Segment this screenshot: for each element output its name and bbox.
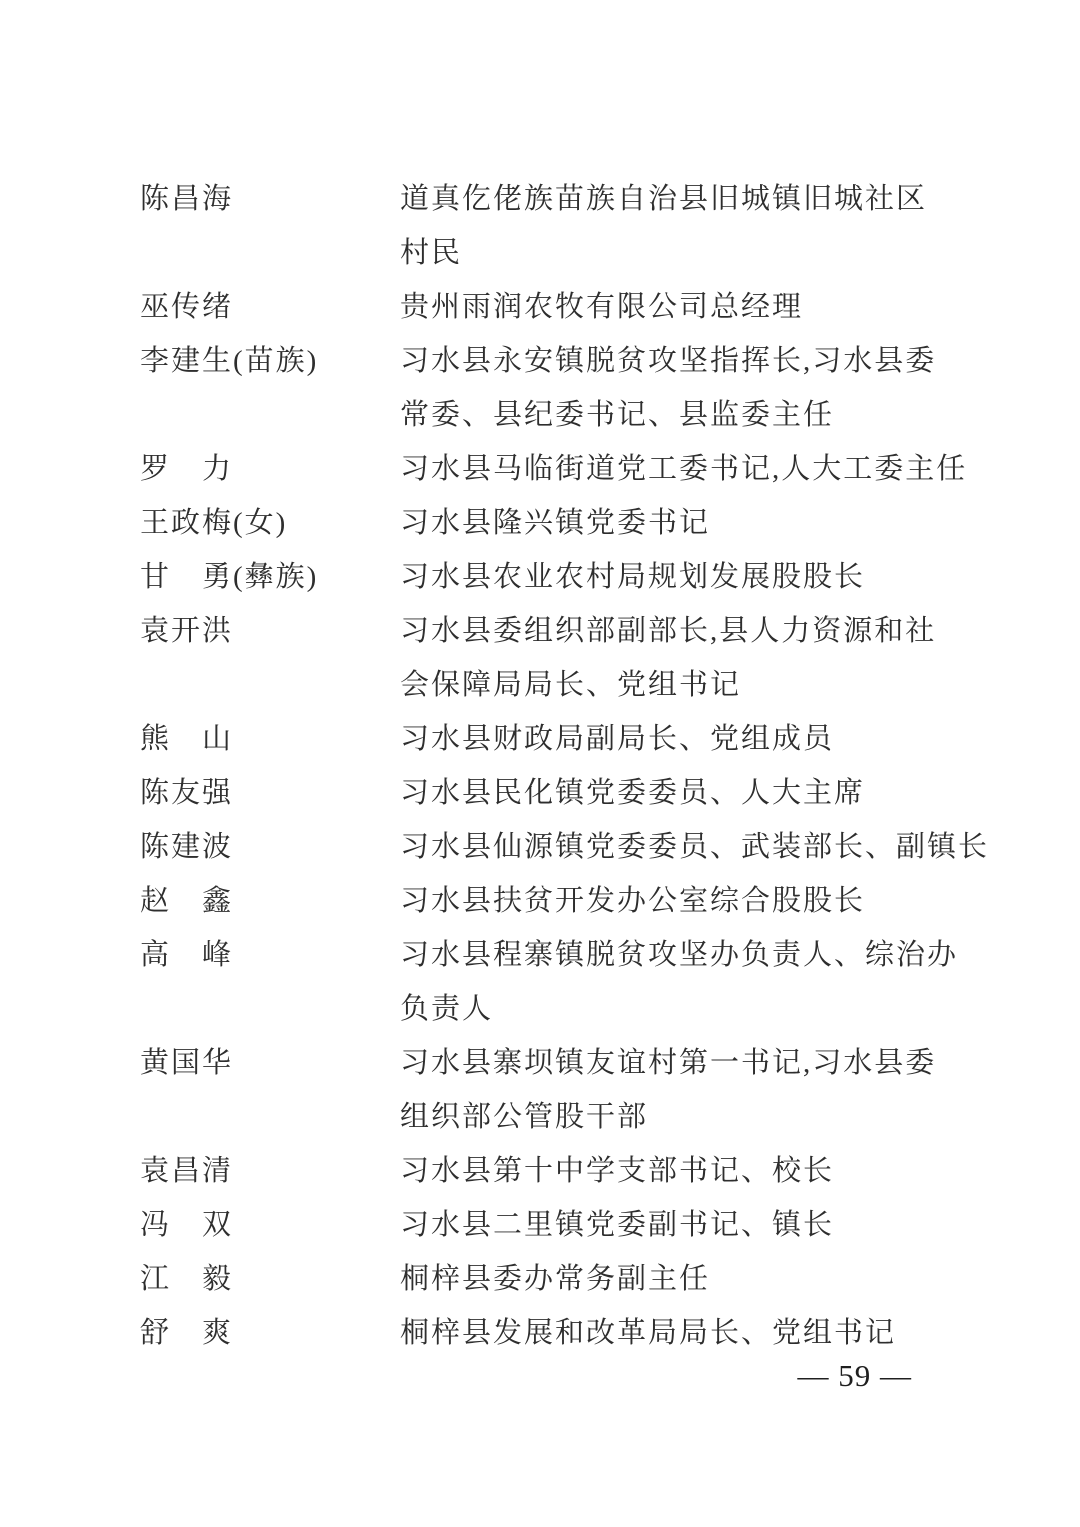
position-line: 村民: [400, 226, 950, 280]
person-position: 桐梓县委办常务副主任: [400, 1252, 950, 1306]
person-position: 习水县隆兴镇党委书记: [400, 496, 950, 550]
person-name: 赵 鑫: [140, 874, 400, 928]
person-name: 舒 爽: [140, 1306, 400, 1360]
position-line: 贵州雨润农牧有限公司总经理: [400, 280, 950, 334]
list-entry: 陈昌海 道真仡佬族苗族自治县旧城镇旧城社区村民: [140, 172, 950, 280]
list-entry: 高 峰 习水县程寨镇脱贫攻坚办负责人、综治办负责人: [140, 928, 950, 1036]
list-entry: 甘 勇(彝族) 习水县农业农村局规划发展股股长: [140, 550, 950, 604]
position-line: 习水县寨坝镇友谊村第一书记,习水县委: [400, 1036, 950, 1090]
person-position: 习水县程寨镇脱贫攻坚办负责人、综治办负责人: [400, 928, 950, 1036]
person-name: 陈友强: [140, 766, 400, 820]
person-position: 道真仡佬族苗族自治县旧城镇旧城社区村民: [400, 172, 950, 280]
position-line: 道真仡佬族苗族自治县旧城镇旧城社区: [400, 172, 950, 226]
list-entry: 熊 山 习水县财政局副局长、党组成员: [140, 712, 950, 766]
person-position: 习水县财政局副局长、党组成员: [400, 712, 950, 766]
position-line: 习水县隆兴镇党委书记: [400, 496, 950, 550]
position-line: 习水县委组织部副部长,县人力资源和社: [400, 604, 950, 658]
list-entry: 李建生(苗族) 习水县永安镇脱贫攻坚指挥长,习水县委常委、县纪委书记、县监委主任: [140, 334, 950, 442]
person-name: 巫传绪: [140, 280, 400, 334]
position-line: 习水县民化镇党委委员、人大主席: [400, 766, 950, 820]
page-number-text: — 59 —: [798, 1358, 913, 1393]
person-name: 黄国华: [140, 1036, 400, 1090]
list-entry: 王政梅(女) 习水县隆兴镇党委书记: [140, 496, 950, 550]
position-line: 习水县扶贫开发办公室综合股股长: [400, 874, 950, 928]
list-entry: 赵 鑫 习水县扶贫开发办公室综合股股长: [140, 874, 950, 928]
person-position: 习水县永安镇脱贫攻坚指挥长,习水县委常委、县纪委书记、县监委主任: [400, 334, 950, 442]
position-line: 习水县财政局副局长、党组成员: [400, 712, 950, 766]
person-name: 高 峰: [140, 928, 400, 982]
person-name: 袁开洪: [140, 604, 400, 658]
person-name: 陈建波: [140, 820, 400, 874]
position-line: 习水县农业农村局规划发展股股长: [400, 550, 950, 604]
position-line: 习水县永安镇脱贫攻坚指挥长,习水县委: [400, 334, 950, 388]
person-position: 习水县寨坝镇友谊村第一书记,习水县委组织部公管股干部: [400, 1036, 950, 1144]
person-name: 李建生(苗族): [140, 334, 400, 388]
list-entry: 陈建波 习水县仙源镇党委委员、武装部长、副镇长: [140, 820, 950, 874]
recipient-list: 陈昌海 道真仡佬族苗族自治县旧城镇旧城社区村民 巫传绪 贵州雨润农牧有限公司总经…: [140, 172, 950, 1360]
list-entry: 袁昌清 习水县第十中学支部书记、校长: [140, 1144, 950, 1198]
list-entry: 舒 爽 桐梓县发展和改革局局长、党组书记: [140, 1306, 950, 1360]
list-entry: 冯 双 习水县二里镇党委副书记、镇长: [140, 1198, 950, 1252]
list-entry: 黄国华 习水县寨坝镇友谊村第一书记,习水县委组织部公管股干部: [140, 1036, 950, 1144]
position-line: 习水县仙源镇党委委员、武装部长、副镇长: [400, 820, 950, 874]
list-entry: 巫传绪 贵州雨润农牧有限公司总经理: [140, 280, 950, 334]
position-line: 桐梓县委办常务副主任: [400, 1252, 950, 1306]
list-entry: 陈友强 习水县民化镇党委委员、人大主席: [140, 766, 950, 820]
person-name: 熊 山: [140, 712, 400, 766]
person-name: 袁昌清: [140, 1144, 400, 1198]
person-position: 习水县委组织部副部长,县人力资源和社会保障局局长、党组书记: [400, 604, 950, 712]
person-name: 冯 双: [140, 1198, 400, 1252]
position-line: 习水县程寨镇脱贫攻坚办负责人、综治办: [400, 928, 950, 982]
person-name: 江 毅: [140, 1252, 400, 1306]
person-position: 习水县马临街道党工委书记,人大工委主任: [400, 442, 950, 496]
person-position: 习水县农业农村局规划发展股股长: [400, 550, 950, 604]
position-line: 习水县第十中学支部书记、校长: [400, 1144, 950, 1198]
person-position: 习水县第十中学支部书记、校长: [400, 1144, 950, 1198]
position-line: 桐梓县发展和改革局局长、党组书记: [400, 1306, 950, 1360]
person-position: 习水县民化镇党委委员、人大主席: [400, 766, 950, 820]
person-name: 罗 力: [140, 442, 400, 496]
person-position: 习水县扶贫开发办公室综合股股长: [400, 874, 950, 928]
person-position: 习水县二里镇党委副书记、镇长: [400, 1198, 950, 1252]
page-number: — 59 —: [798, 1356, 913, 1396]
position-line: 会保障局局长、党组书记: [400, 658, 950, 712]
person-position: 贵州雨润农牧有限公司总经理: [400, 280, 950, 334]
person-name: 陈昌海: [140, 172, 400, 226]
list-entry: 罗 力 习水县马临街道党工委书记,人大工委主任: [140, 442, 950, 496]
position-line: 负责人: [400, 982, 950, 1036]
person-position: 桐梓县发展和改革局局长、党组书记: [400, 1306, 950, 1360]
position-line: 习水县二里镇党委副书记、镇长: [400, 1198, 950, 1252]
position-line: 组织部公管股干部: [400, 1090, 950, 1144]
position-line: 习水县马临街道党工委书记,人大工委主任: [400, 442, 950, 496]
person-name: 甘 勇(彝族): [140, 550, 400, 604]
person-position: 习水县仙源镇党委委员、武装部长、副镇长: [400, 820, 950, 874]
person-name: 王政梅(女): [140, 496, 400, 550]
document-page: 陈昌海 道真仡佬族苗族自治县旧城镇旧城社区村民 巫传绪 贵州雨润农牧有限公司总经…: [0, 0, 1080, 1527]
position-line: 常委、县纪委书记、县监委主任: [400, 388, 950, 442]
list-entry: 袁开洪 习水县委组织部副部长,县人力资源和社会保障局局长、党组书记: [140, 604, 950, 712]
list-entry: 江 毅 桐梓县委办常务副主任: [140, 1252, 950, 1306]
